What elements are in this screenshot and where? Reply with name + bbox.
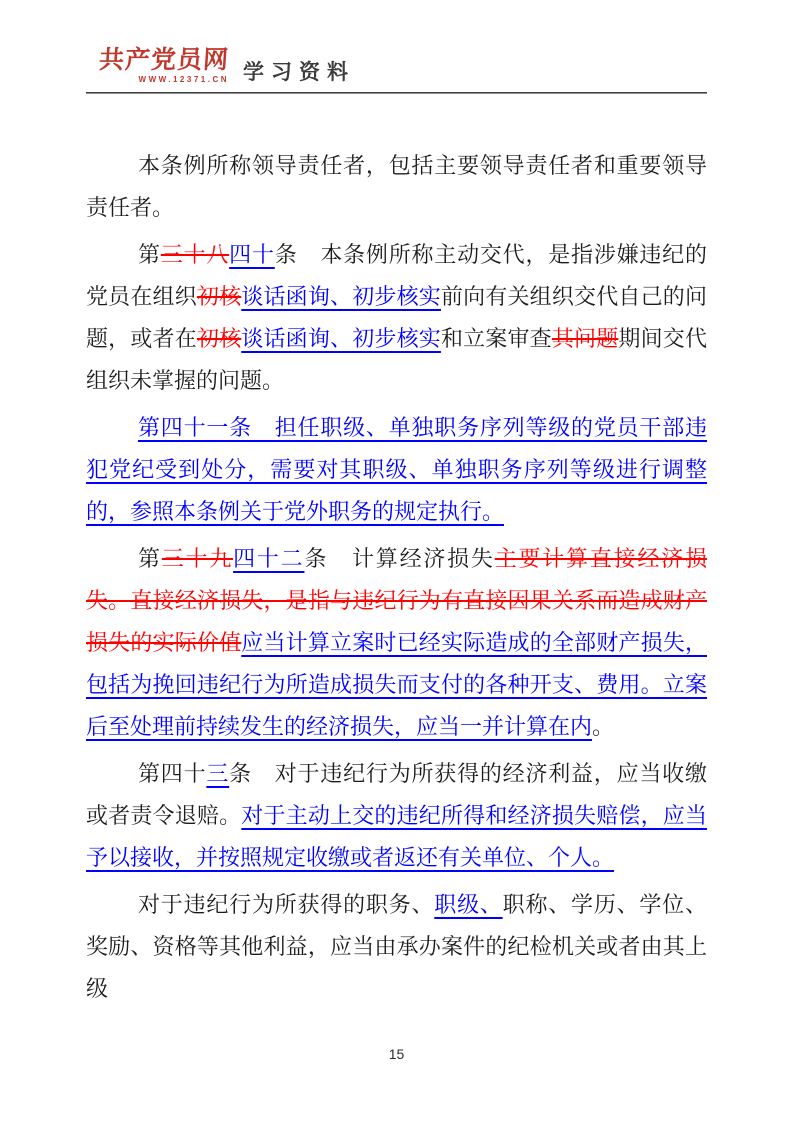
page-header: 共产党员网 WWW.12371.CN 学习资料 <box>86 48 707 94</box>
text-run-inserted: 第四十一条 担任职级、单独职务序列等级的党员干部违犯党纪受到处分，需要对其职级、… <box>86 415 707 524</box>
text-run-deleted: 初核 <box>197 326 241 351</box>
text-run-inserted: 三 <box>206 761 229 786</box>
text-run: 本条例所称领导责任者，包括主要领导责任者和重要领导责任者。 <box>86 153 707 220</box>
paragraph: 本条例所称领导责任者，包括主要领导责任者和重要领导责任者。 <box>86 145 707 229</box>
text-run-inserted: 谈话函询、初步核实 <box>241 326 441 351</box>
document-body: 本条例所称领导责任者，包括主要领导责任者和重要领导责任者。第三十八四十条 本条例… <box>86 145 707 1015</box>
logo-calligraphy-text: 共产党员网 <box>98 48 230 74</box>
text-run: 。 <box>592 714 614 739</box>
text-run: 和立案审查 <box>441 326 552 351</box>
text-run: 第 <box>138 242 161 267</box>
header-divider <box>86 92 707 94</box>
page: 共产党员网 WWW.12371.CN 学习资料 本条例所称领导责任者，包括主要领… <box>0 0 793 1122</box>
text-run: 对于违纪行为所获得的职务、 <box>138 892 434 917</box>
paragraph: 第四十一条 担任职级、单独职务序列等级的党员干部违犯党纪受到处分，需要对其职级、… <box>86 407 707 533</box>
text-run-deleted: 初核 <box>197 284 241 309</box>
text-run-inserted: 四十二 <box>233 546 304 571</box>
logo-url-text: WWW.12371.CN <box>99 75 229 85</box>
text-run: 条 计算经济损失 <box>304 546 494 571</box>
text-run-deleted: 其问题 <box>552 326 619 351</box>
paragraph: 第四十三条 对于违纪行为所获得的经济利益，应当收缴或者责令退赔。对于主动上交的违… <box>86 753 707 879</box>
text-run: 第 <box>138 546 162 571</box>
paragraph: 对于违纪行为所获得的职务、职级、职称、学历、学位、奖励、资格等其他利益，应当由承… <box>86 884 707 1010</box>
doc-type-label: 学习资料 <box>243 56 355 86</box>
site-logo: 共产党员网 WWW.12371.CN <box>86 48 229 85</box>
text-run-deleted: 三十九 <box>162 546 233 571</box>
page-number: 15 <box>0 1046 793 1062</box>
text-run-inserted: 四十 <box>229 242 275 267</box>
header-row: 共产党员网 WWW.12371.CN 学习资料 <box>86 48 707 86</box>
paragraph: 第三十八四十条 本条例所称主动交代，是指涉嫌违纪的党员在组织初核谈话函询、初步核… <box>86 234 707 402</box>
text-run-inserted: 谈话函询、初步核实 <box>241 284 441 309</box>
paragraph: 第三十九四十二条 计算经济损失主要计算直接经济损失。直接经济损失，是指与违纪行为… <box>86 538 707 748</box>
text-run-deleted: 三十八 <box>161 242 229 267</box>
text-run-inserted: 职级、 <box>434 892 502 917</box>
text-run: 第四十 <box>138 761 206 786</box>
